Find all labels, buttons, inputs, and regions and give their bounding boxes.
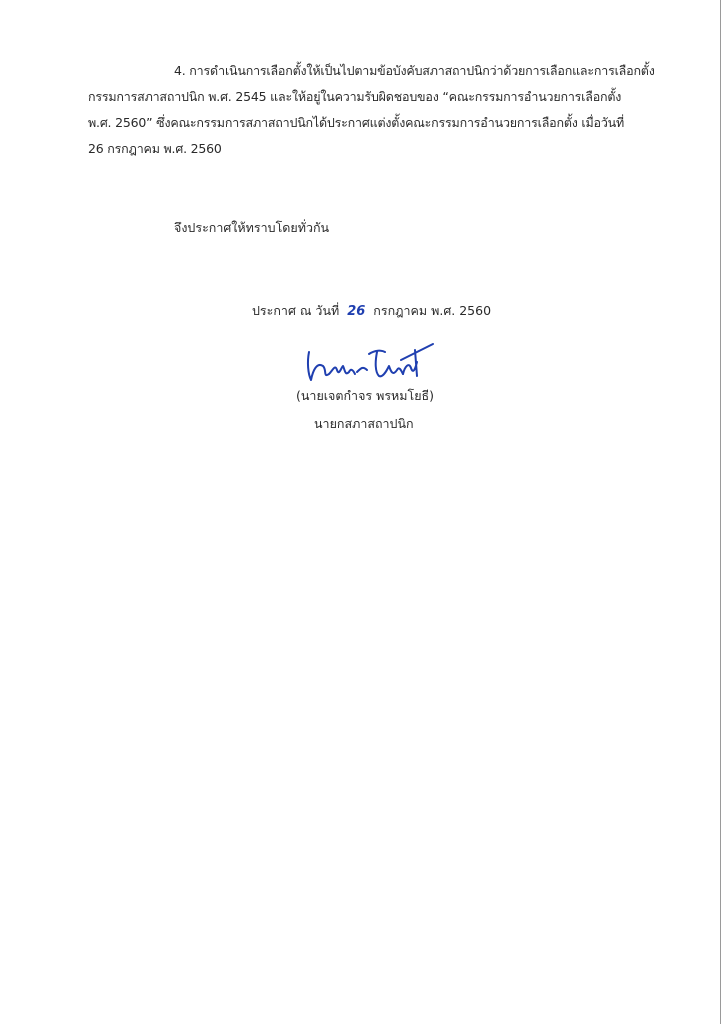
clause-line-3: พ.ศ. 2560” ซึ่งคณะกรรมการสภาสถาปนิกได้ปร… xyxy=(88,110,658,136)
announcement-prefix: ประกาศ ณ วันที่ xyxy=(252,303,339,318)
signer-position: นายกสภาสถาปนิก xyxy=(314,413,414,435)
page-edge xyxy=(720,0,721,1024)
signer-name: (นายเจตกำจร พรหมโยธี) xyxy=(296,385,434,407)
handwritten-day: 26 xyxy=(343,304,369,319)
clause-line-2: กรรมการสภาสถาปนิก พ.ศ. 2545 และให้อยู่ใน… xyxy=(88,84,658,110)
signature-icon xyxy=(305,340,435,390)
clause-line-4: 26 กรกฎาคม พ.ศ. 2560 xyxy=(88,136,658,162)
closing-statement: จึงประกาศให้ทราบโดยทั่วกัน xyxy=(174,215,329,241)
announcement-date: ประกาศ ณ วันที่ 26 กรกฎาคม พ.ศ. 2560 xyxy=(252,300,491,323)
clause-line-1: 4. การดำเนินการเลือกตั้งให้เป็นไปตามข้อบ… xyxy=(88,58,658,84)
clause-4-paragraph: 4. การดำเนินการเลือกตั้งให้เป็นไปตามข้อบ… xyxy=(88,58,658,162)
announcement-suffix: กรกฎาคม พ.ศ. 2560 xyxy=(373,303,491,318)
